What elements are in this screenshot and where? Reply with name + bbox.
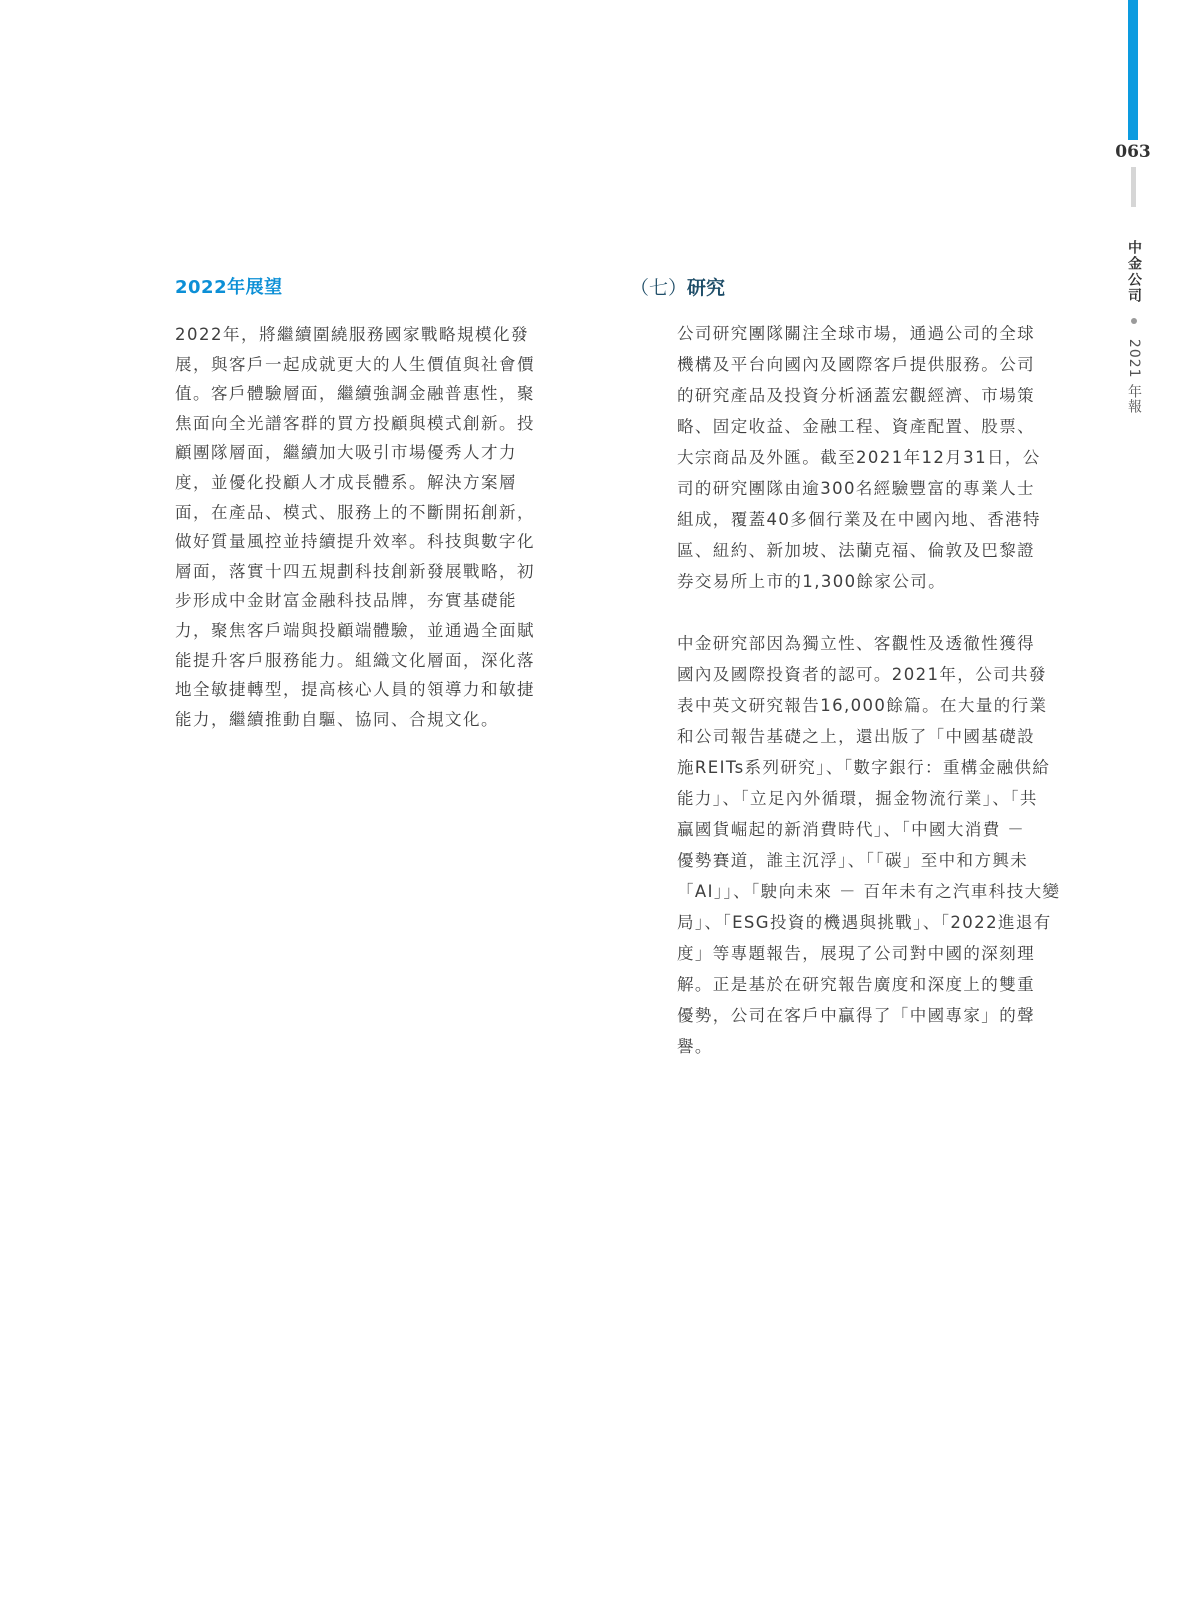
- text-line: 度，並優化投顧人才成長體系。解決方案層: [175, 468, 555, 498]
- text-line: 展，與客戶一起成就更大的人生價值與社會價: [175, 350, 555, 380]
- running-header: 中金公司 2021 年報: [1122, 240, 1146, 414]
- text-line: 值。客戶體驗層面，繼續強調金融普惠性，聚: [175, 379, 555, 409]
- text-line: 司的研究團隊由逾300名經驗豐富的專業人士: [677, 473, 1059, 504]
- text-line: 能提升客戶服務能力。組織文化層面，深化落: [175, 646, 555, 676]
- text-line: 贏國貨崛起的新消費時代」、「中國大消費 －: [677, 814, 1059, 845]
- text-line: 能力」、「立足內外循環，掘金物流行業」、「共: [677, 783, 1059, 814]
- text-line: 大宗商品及外匯。截至2021年12月31日，公: [677, 442, 1059, 473]
- text-line: 力，聚焦客戶端與投顧端體驗，並通過全面賦: [175, 616, 555, 646]
- text-line: 和公司報告基礎之上，還出版了「中國基礎設: [677, 721, 1059, 752]
- page-accent-bar: [1128, 0, 1138, 140]
- text-line: 券交易所上市的1,300餘家公司。: [677, 566, 1059, 597]
- company-name: 中金公司: [1126, 240, 1142, 304]
- outlook-heading: 2022年展望: [175, 276, 555, 300]
- text-line: 優勢賽道，誰主沉浮」、「「碳」至中和方興未: [677, 845, 1059, 876]
- text-line: 顧團隊層面，繼續加大吸引市場優秀人才力: [175, 438, 555, 468]
- text-line: 略、固定收益、金融工程、資產配置、股票、: [677, 411, 1059, 442]
- research-section: （七）研究 公司研究團隊關注全球市場，通過公司的全球 機構及平台向國內及國際客戶…: [630, 276, 1060, 1062]
- text-line: 國內及國際投資者的認可。2021年，公司共發: [677, 659, 1059, 690]
- text-line: 度」等專題報告，展現了公司對中國的深刻理: [677, 938, 1059, 969]
- annual-report-page: 063 中金公司 2021 年報 2022年展望 2022年，將繼續圍繞服務國家…: [0, 0, 1190, 1615]
- bullet-dot-icon: [1131, 318, 1137, 324]
- report-year: 2021 年報: [1126, 339, 1142, 414]
- text-line: 機構及平台向國內及國際客戶提供服務。公司: [677, 349, 1059, 380]
- text-line: 層面，落實十四五規劃科技創新發展戰略，初: [175, 557, 555, 587]
- text-line: 組成，覆蓋40多個行業及在中國內地、香港特: [677, 504, 1059, 535]
- text-line: 優勢，公司在客戶中贏得了「中國專家」的聲: [677, 1000, 1059, 1031]
- text-line: 區、紐約、新加坡、法蘭克福、倫敦及巴黎證: [677, 535, 1059, 566]
- outlook-section: 2022年展望 2022年，將繼續圍繞服務國家戰略規模化發 展，與客戶一起成就更…: [175, 276, 555, 734]
- text-line: 焦面向全光譜客群的買方投顧與模式創新。投: [175, 409, 555, 439]
- page-number: 063: [1112, 142, 1154, 162]
- text-line: 的研究產品及投資分析涵蓋宏觀經濟、市場策: [677, 380, 1059, 411]
- text-line: 譽。: [677, 1031, 1059, 1062]
- text-line: 中金研究部因為獨立性、客觀性及透徹性獲得: [677, 628, 1059, 659]
- text-line: 施REITs系列研究」、「數字銀行：重構金融供給: [677, 752, 1059, 783]
- text-line: 步形成中金財富金融科技品牌，夯實基礎能: [175, 586, 555, 616]
- research-heading: （七）研究: [630, 276, 1060, 300]
- text-line: 表中英文研究報告16,000餘篇。在大量的行業: [677, 690, 1059, 721]
- research-body: 公司研究團隊關注全球市場，通過公司的全球 機構及平台向國內及國際客戶提供服務。公…: [677, 318, 1059, 1062]
- section-number: （七）: [630, 277, 687, 299]
- text-line: 做好質量風控並持續提升效率。科技與數字化: [175, 527, 555, 557]
- research-paragraph-2: 中金研究部因為獨立性、客觀性及透徹性獲得 國內及國際投資者的認可。2021年，公…: [677, 628, 1059, 1062]
- page-divider-bar: [1131, 167, 1136, 207]
- text-line: 解。正是基於在研究報告廣度和深度上的雙重: [677, 969, 1059, 1000]
- text-line: 「AI」」、「駛向未來 － 百年未有之汽車科技大變: [677, 876, 1059, 907]
- text-line: 面，在產品、模式、服務上的不斷開拓創新，: [175, 498, 555, 528]
- text-line: 2022年，將繼續圍繞服務國家戰略規模化發: [175, 320, 555, 350]
- section-title: 研究: [687, 277, 725, 299]
- text-line: 能力，繼續推動自驅、協同、合規文化。: [175, 705, 555, 735]
- text-line: 地全敏捷轉型，提高核心人員的領導力和敏捷: [175, 675, 555, 705]
- text-line: 局」、「ESG投資的機遇與挑戰」、「2022進退有: [677, 907, 1059, 938]
- text-line: 公司研究團隊關注全球市場，通過公司的全球: [677, 318, 1059, 349]
- research-paragraph-1: 公司研究團隊關注全球市場，通過公司的全球 機構及平台向國內及國際客戶提供服務。公…: [677, 318, 1059, 597]
- outlook-paragraph: 2022年，將繼續圍繞服務國家戰略規模化發 展，與客戶一起成就更大的人生價值與社…: [175, 320, 555, 734]
